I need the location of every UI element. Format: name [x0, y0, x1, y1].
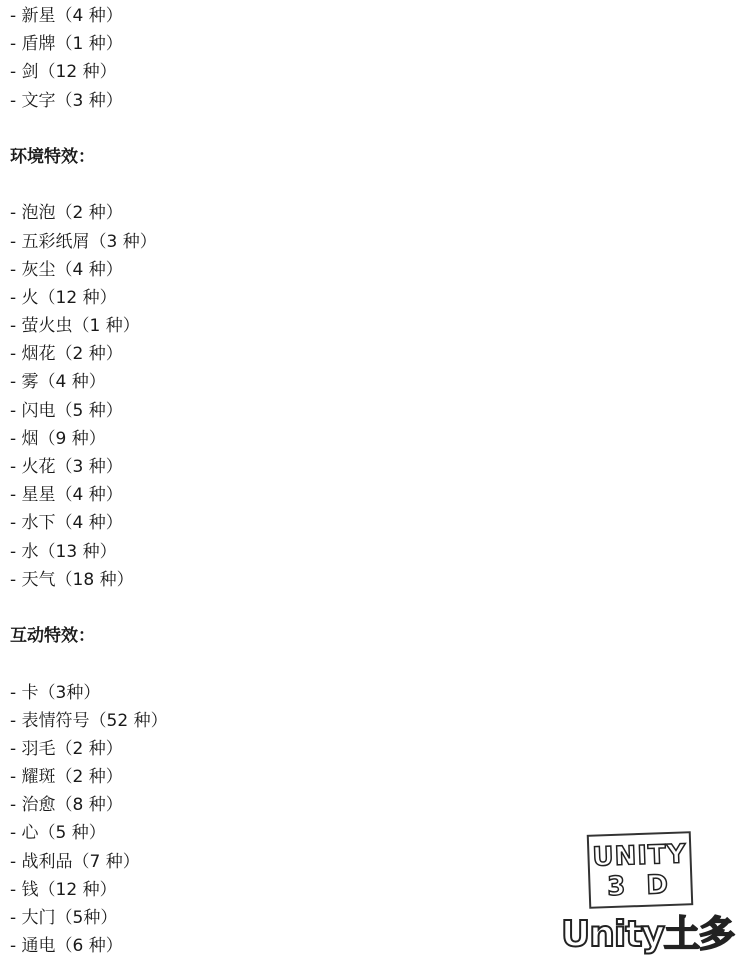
spacer	[10, 594, 550, 622]
watermark-badge-box: UNITY 3 D	[587, 831, 694, 909]
watermark-brand-text: Unity土多	[550, 906, 745, 957]
list-item: - 卡（3种）	[10, 679, 550, 707]
list-item: - 雾（4 种）	[10, 368, 550, 396]
list-item: - 通电（6 种）	[10, 932, 550, 960]
list-item: - 闪电（5 种）	[10, 397, 550, 425]
list-item: - 心（5 种）	[10, 819, 550, 847]
section-misc-effects: - 新星（4 种） - 盾牌（1 种） - 剑（12 种） - 文字（3 种）	[10, 2, 550, 115]
section-heading: 互动特效：	[10, 622, 550, 650]
effects-document: - 新星（4 种） - 盾牌（1 种） - 剑（12 种） - 文字（3 种） …	[10, 2, 550, 960]
spacer	[10, 650, 550, 678]
list-item: - 火（12 种）	[10, 284, 550, 312]
list-item: - 大门（5种）	[10, 904, 550, 932]
list-item: - 钱（12 种）	[10, 876, 550, 904]
watermark-unity-text: UNITY	[589, 839, 690, 872]
list-item: - 五彩纸屑（3 种）	[10, 228, 550, 256]
list-item: - 文字（3 种）	[10, 87, 550, 115]
spacer	[10, 171, 550, 199]
watermark-3d-text: 3 D	[590, 869, 691, 902]
list-item: - 羽毛（2 种）	[10, 735, 550, 763]
list-item: - 烟（9 种）	[10, 425, 550, 453]
section-heading: 环境特效：	[10, 143, 550, 171]
section-environment-effects: 环境特效： - 泡泡（2 种） - 五彩纸屑（3 种） - 灰尘（4 种） - …	[10, 143, 550, 594]
list-item: - 水下（4 种）	[10, 509, 550, 537]
list-item: - 萤火虫（1 种）	[10, 312, 550, 340]
list-item: - 盾牌（1 种）	[10, 30, 550, 58]
list-item: - 新星（4 种）	[10, 2, 550, 30]
list-item: - 治愈（8 种）	[10, 791, 550, 819]
list-item: - 火花（3 种）	[10, 453, 550, 481]
list-item: - 泡泡（2 种）	[10, 199, 550, 227]
list-item: - 战利品（7 种）	[10, 848, 550, 876]
list-item: - 耀斑（2 种）	[10, 763, 550, 791]
list-item: - 星星（4 种）	[10, 481, 550, 509]
list-item: - 水（13 种）	[10, 538, 550, 566]
spacer	[10, 115, 550, 143]
list-item: - 烟花（2 种）	[10, 340, 550, 368]
list-item: - 天气（18 种）	[10, 566, 550, 594]
list-item: - 剑（12 种）	[10, 58, 550, 86]
list-item: - 灰尘（4 种）	[10, 256, 550, 284]
section-interactive-effects: 互动特效： - 卡（3种） - 表情符号（52 种） - 羽毛（2 种） - 耀…	[10, 622, 550, 960]
unity3d-watermark-logo: UNITY 3 D Unity土多	[550, 830, 745, 955]
list-item: - 表情符号（52 种）	[10, 707, 550, 735]
